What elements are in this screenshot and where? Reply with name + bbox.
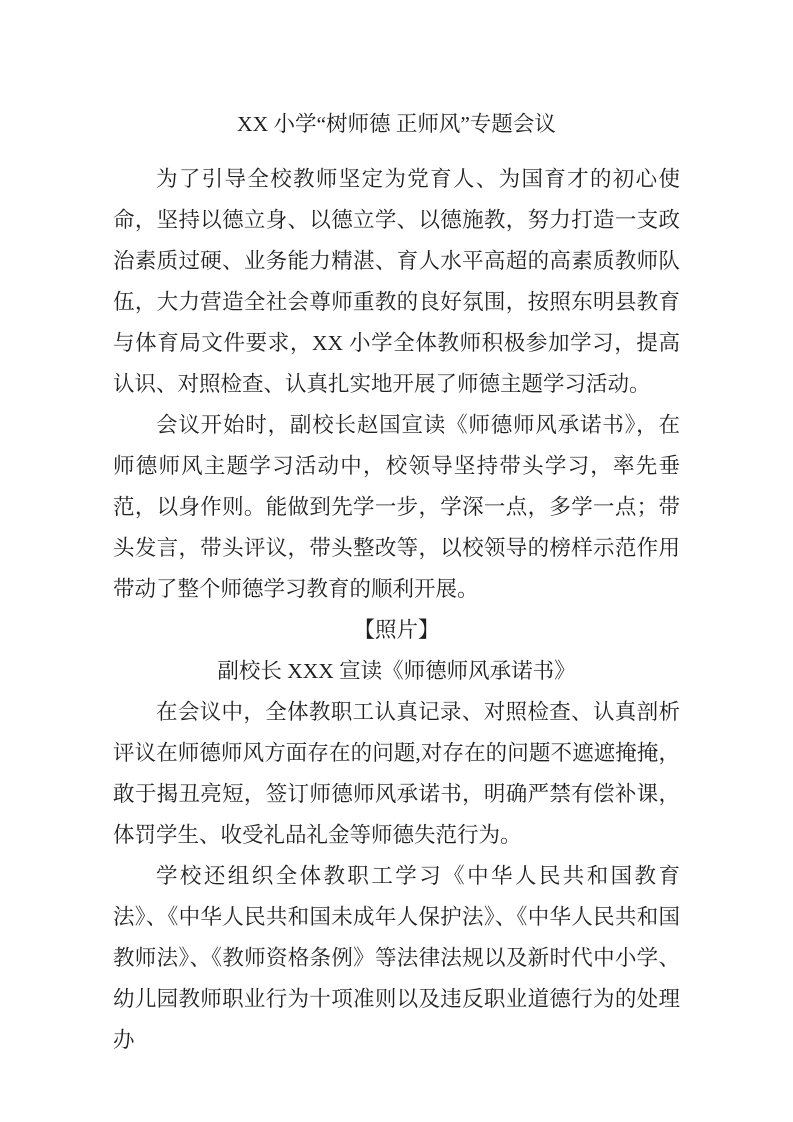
document-title: XX 小学“树师德 正师风”专题会议	[113, 104, 680, 145]
paragraph-meeting-start: 会议开始时，副校长赵国宣读《师德师风承诺书》，在师德师风主题学习活动中，校领导坚…	[113, 405, 680, 610]
document-content: XX 小学“树师德 正师风”专题会议 为了引导全校教师坚定为党育人、为国育才的初…	[113, 104, 680, 1061]
photo-placeholder: 【照片】	[113, 610, 680, 651]
paragraph-self-examination: 在会议中，全体教职工认真记录、对照检查、认真剖析评议在师德师风方面存在的问题,对…	[113, 692, 680, 856]
paragraph-laws-study: 学校还组织全体教职工学习《中华人民共和国教育法》、《中华人民共和国未成年人保护法…	[113, 856, 680, 1061]
paragraph-intro: 为了引导全校教师坚定为党育人、为国育才的初心使命，坚持以德立身、以德立学、以德施…	[113, 159, 680, 405]
photo-caption: 副校长 XXX 宣读《师德师风承诺书》	[113, 651, 680, 692]
document-page: XX 小学“树师德 正师风”专题会议 为了引导全校教师坚定为党育人、为国育才的初…	[0, 0, 793, 1122]
